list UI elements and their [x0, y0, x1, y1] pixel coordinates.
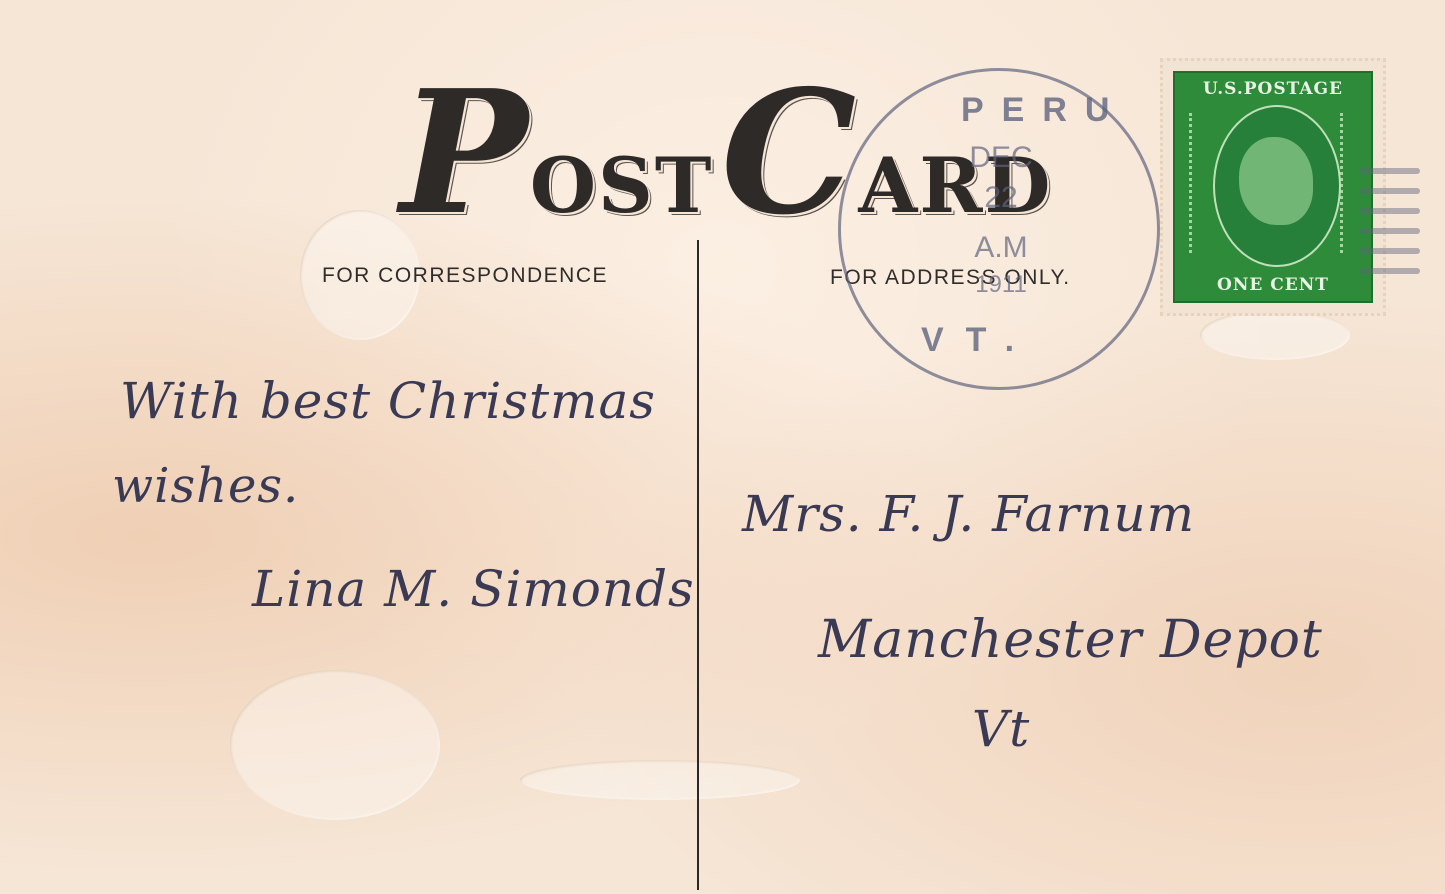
- message-line-1: With best Christmas: [120, 372, 656, 430]
- message-line-2: wishes.: [112, 458, 299, 514]
- stamp-bottom-text: ONE CENT: [1175, 275, 1371, 295]
- address-state: Vt: [972, 700, 1030, 758]
- postmark-state: VT.: [921, 321, 1036, 360]
- laurel-left-icon: [1189, 113, 1210, 253]
- embossed-leaf: [230, 670, 440, 820]
- franklin-portrait-icon: [1239, 137, 1313, 225]
- postmark-time: A.M: [961, 231, 1041, 265]
- cancel-lines: [1360, 168, 1420, 318]
- embossed-flourish: [1200, 310, 1350, 360]
- embossed-ribbon: [520, 760, 800, 800]
- center-divider: [697, 240, 699, 890]
- postage-stamp: U.S.POSTAGE ONE CENT: [1160, 58, 1386, 316]
- address-city: Manchester Depot: [818, 610, 1323, 670]
- postmark-month: DEC: [961, 141, 1041, 175]
- postmark: PERU VT. DEC 22 A.M 1911: [838, 68, 1160, 390]
- postmark-town: PERU: [961, 91, 1127, 130]
- title-letter-p: P: [400, 53, 530, 253]
- stamp-design: U.S.POSTAGE ONE CENT: [1173, 71, 1373, 303]
- postmark-year: 1911: [961, 271, 1041, 299]
- correspondence-label: FOR CORRESPONDENCE: [322, 264, 608, 288]
- postmark-day: 22: [961, 181, 1041, 215]
- title-ost: OST: [530, 141, 714, 230]
- message-signature: Lina M. Simonds: [252, 560, 695, 618]
- laurel-right-icon: [1340, 113, 1361, 253]
- address-name: Mrs. F. J. Farnum: [742, 485, 1195, 543]
- stamp-portrait-oval: [1213, 105, 1341, 267]
- stamp-top-text: U.S.POSTAGE: [1175, 79, 1371, 99]
